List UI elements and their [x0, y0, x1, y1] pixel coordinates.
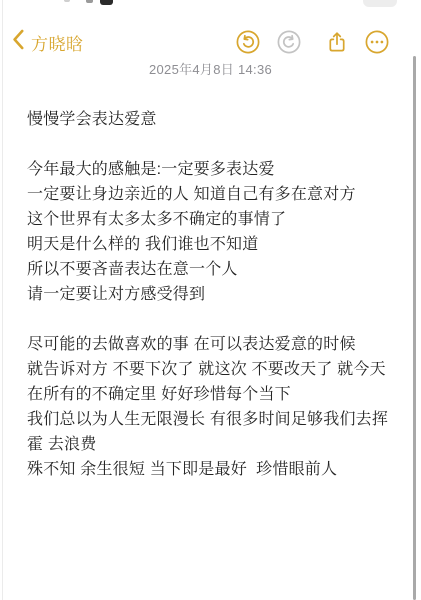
status-bar-remnant-pill — [363, 0, 397, 7]
note-line: 今年最大的感触是:一定要多表达爱 — [27, 157, 413, 182]
navigation-bar: 方晓晗 — [0, 26, 421, 58]
note-line: 我们总以为人生无限漫长 有很多时间足够我们去挥 — [27, 407, 413, 432]
note-blank-line — [27, 132, 413, 157]
undo-button[interactable] — [235, 29, 261, 55]
redo-icon — [276, 29, 302, 55]
share-icon — [324, 29, 350, 55]
note-line: 尽可能的去做喜欢的事 在可以表达爱意的时候 — [27, 332, 413, 357]
note-editor[interactable]: 慢慢学会表达爱意 今年最大的感触是:一定要多表达爱 一定要让身边亲近的人 知道自… — [27, 107, 413, 482]
undo-icon — [235, 29, 261, 55]
note-line: 霍 去浪费 — [27, 432, 413, 457]
back-button[interactable]: 方晓晗 — [12, 29, 84, 55]
note-line: 殊不知 余生很短 当下即是最好 珍惜眼前人 — [27, 457, 413, 482]
note-line: 请一定要让对方感受得到 — [27, 282, 413, 307]
note-line: 明天是什么样的 我们谁也不知道 — [27, 232, 413, 257]
note-line: 所以不要吝啬表达在意一个人 — [27, 257, 413, 282]
note-line: 在所有的不确定里 好好珍惜每个当下 — [27, 382, 413, 407]
status-bar-remnant — [100, 0, 113, 5]
note-blank-line — [27, 307, 413, 332]
note-line: 就告诉对方 不要下次了 就这次 不要改天了 就今天 — [27, 357, 413, 382]
status-bar-remnant — [64, 0, 70, 2]
status-bar-remnant — [86, 0, 93, 3]
note-title-line: 慢慢学会表达爱意 — [27, 107, 413, 132]
scrollbar[interactable] — [413, 56, 416, 600]
ellipsis-circle-icon — [364, 29, 390, 55]
share-button[interactable] — [324, 29, 350, 55]
note-line: 一定要让身边亲近的人 知道自己有多在意对方 — [27, 182, 413, 207]
page-left-border — [2, 0, 3, 600]
redo-button[interactable] — [276, 29, 302, 55]
back-label: 方晓晗 — [31, 30, 84, 55]
note-line: 这个世界有太多太多不确定的事情了 — [27, 207, 413, 232]
nav-actions — [235, 29, 390, 55]
chevron-left-icon — [12, 29, 24, 55]
notes-app-screen: 方晓晗 — [0, 0, 421, 600]
note-date: 2025年4月8日 14:36 — [0, 59, 421, 78]
more-options-button[interactable] — [364, 29, 390, 55]
